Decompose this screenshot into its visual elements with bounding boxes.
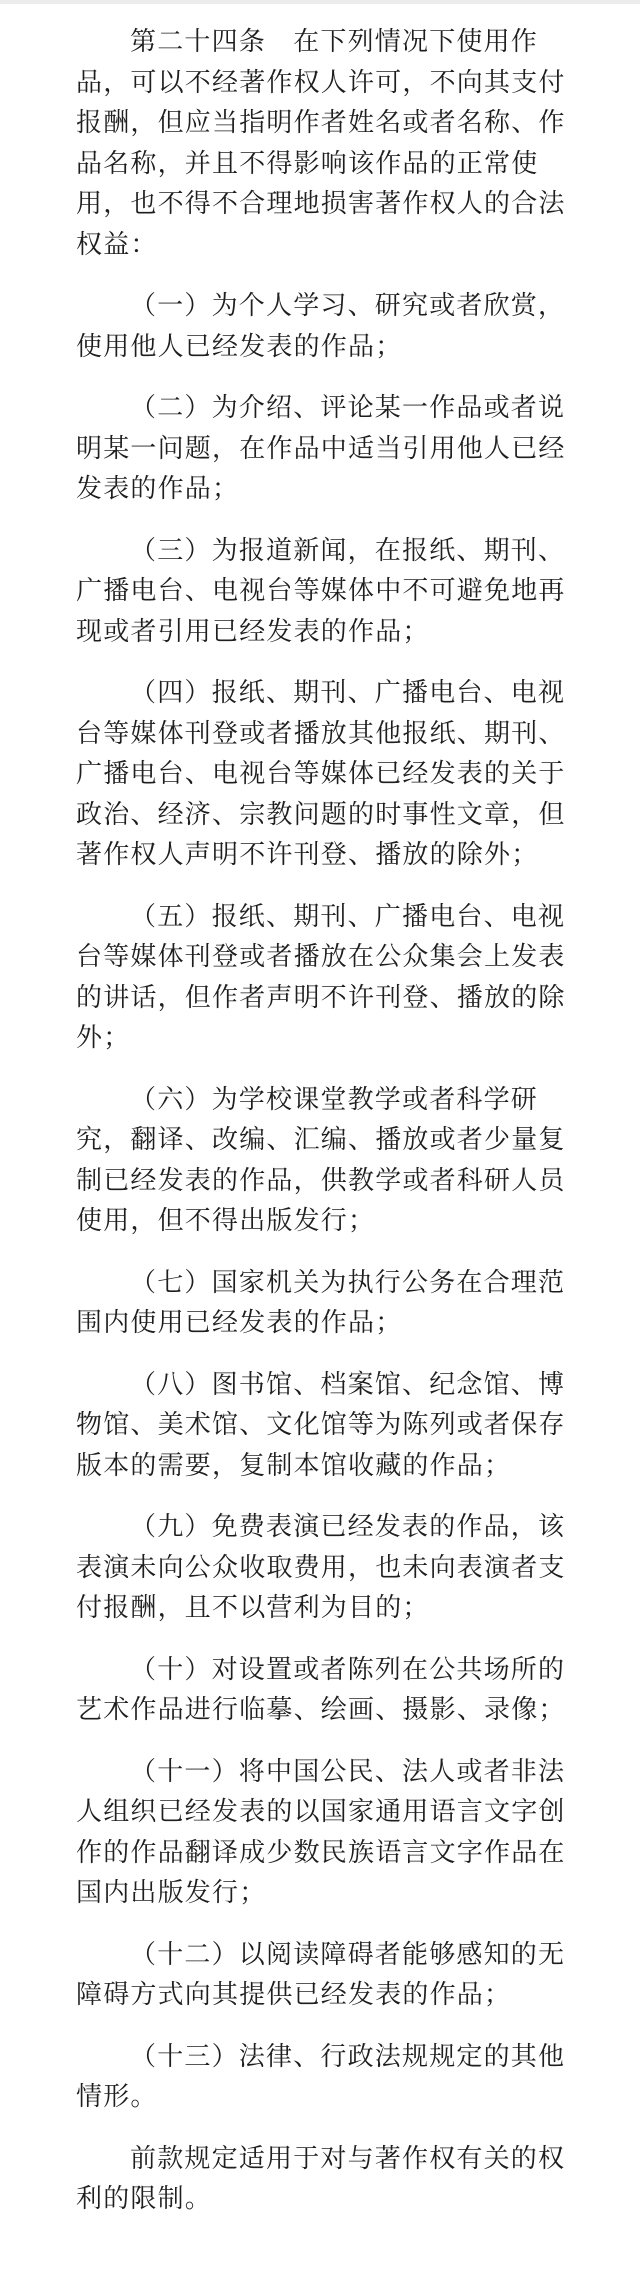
- paragraph-item-8: （八）图书馆、档案馆、纪念馆、博 物馆、美术馆、文化馆等为陈列或者保存 版本的需…: [76, 1365, 568, 1487]
- text-line: （十一）将中国公民、法人或者非法: [76, 1752, 568, 1793]
- text-line: 作的作品翻译成少数民族语言文字作品在: [76, 1833, 568, 1874]
- paragraph-item-1: （一）为个人学习、研究或者欣赏， 使用他人已经发表的作品；: [76, 286, 568, 367]
- paragraph-item-7: （七）国家机关为执行公务在合理范 围内使用已经发表的作品；: [76, 1263, 568, 1344]
- paragraph-item-4: （四）报纸、期刊、广播电台、电视 台等媒体刊登或者播放其他报纸、期刊、 广播电台…: [76, 673, 568, 876]
- text-line: 台等媒体刊登或者播放其他报纸、期刊、: [76, 714, 568, 755]
- paragraph-item-10: （十）对设置或者陈列在公共场所的 艺术作品进行临摹、绘画、摄影、录像；: [76, 1650, 568, 1731]
- text-line: （二）为介绍、评论某一作品或者说: [76, 388, 568, 429]
- text-line: 国内出版发行；: [76, 1873, 568, 1914]
- text-line: 现或者引用已经发表的作品；: [76, 612, 568, 653]
- text-line: （四）报纸、期刊、广播电台、电视: [76, 673, 568, 714]
- text-line: 物馆、美术馆、文化馆等为陈列或者保存: [76, 1405, 568, 1446]
- text-line: （八）图书馆、档案馆、纪念馆、博: [76, 1365, 568, 1406]
- text-line: 台等媒体刊登或者播放在公众集会上发表: [76, 937, 568, 978]
- text-line: 用，也不得不合理地损害著作权人的合法: [76, 184, 568, 225]
- text-line: 付报酬，且不以营利为目的；: [76, 1588, 568, 1629]
- paragraph-item-5: （五）报纸、期刊、广播电台、电视 台等媒体刊登或者播放在公众集会上发表 的讲话，…: [76, 897, 568, 1059]
- text-line: （一）为个人学习、研究或者欣赏，: [76, 286, 568, 327]
- text-line: 广播电台、电视台等媒体中不可避免地再: [76, 571, 568, 612]
- text-line: （十二）以阅读障碍者能够感知的无: [76, 1935, 568, 1976]
- text-line: 围内使用已经发表的作品；: [76, 1303, 568, 1344]
- article-body: 第二十四条 在下列情况下使用作 品，可以不经著作权人许可，不向其支付 报酬，但应…: [76, 22, 568, 2241]
- paragraph-item-12: （十二）以阅读障碍者能够感知的无 障碍方式向其提供已经发表的作品；: [76, 1935, 568, 2016]
- text-line: （九）免费表演已经发表的作品，该: [76, 1507, 568, 1548]
- text-line: 明某一问题，在作品中适当引用他人已经: [76, 429, 568, 470]
- text-line: 品，可以不经著作权人许可，不向其支付: [76, 63, 568, 104]
- text-line: 著作权人声明不许刊登、播放的除外；: [76, 835, 568, 876]
- paragraph-intro: 第二十四条 在下列情况下使用作 品，可以不经著作权人许可，不向其支付 报酬，但应…: [76, 22, 568, 265]
- text-line: 情形。: [76, 2077, 568, 2118]
- paragraph-closing: 前款规定适用于对与著作权有关的权 利的限制。: [76, 2139, 568, 2220]
- text-line: （三）为报道新闻，在报纸、期刊、: [76, 531, 568, 572]
- text-line: （七）国家机关为执行公务在合理范: [76, 1263, 568, 1304]
- text-line: 广播电台、电视台等媒体已经发表的关于: [76, 754, 568, 795]
- text-line: 政治、经济、宗教问题的时事性文章，但: [76, 795, 568, 836]
- text-line: 品名称，并且不得影响该作品的正常使: [76, 144, 568, 185]
- text-line: 发表的作品；: [76, 469, 568, 510]
- text-line: 前款规定适用于对与著作权有关的权: [76, 2139, 568, 2180]
- text-line: 利的限制。: [76, 2179, 568, 2220]
- text-line: 人组织已经发表的以国家通用语言文字创: [76, 1792, 568, 1833]
- text-line: 使用，但不得出版发行；: [76, 1201, 568, 1242]
- top-divider-bar: [0, 0, 640, 4]
- paragraph-item-6: （六）为学校课堂教学或者科学研 究，翻译、改编、汇编、播放或者少量复 制已经发表…: [76, 1080, 568, 1242]
- text-line: 权益：: [76, 225, 568, 266]
- text-line: 使用他人已经发表的作品；: [76, 327, 568, 368]
- paragraph-item-11: （十一）将中国公民、法人或者非法 人组织已经发表的以国家通用语言文字创 作的作品…: [76, 1752, 568, 1914]
- paragraph-item-3: （三）为报道新闻，在报纸、期刊、 广播电台、电视台等媒体中不可避免地再 现或者引…: [76, 531, 568, 653]
- paragraph-item-13: （十三）法律、行政法规规定的其他 情形。: [76, 2037, 568, 2118]
- text-line: 究，翻译、改编、汇编、播放或者少量复: [76, 1120, 568, 1161]
- text-line: （六）为学校课堂教学或者科学研: [76, 1080, 568, 1121]
- text-line: 的讲话，但作者声明不许刊登、播放的除: [76, 978, 568, 1019]
- text-line: 制已经发表的作品，供教学或者科研人员: [76, 1161, 568, 1202]
- text-line: 障碍方式向其提供已经发表的作品；: [76, 1975, 568, 2016]
- text-line: 表演未向公众收取费用，也未向表演者支: [76, 1548, 568, 1589]
- text-line: 版本的需要，复制本馆收藏的作品；: [76, 1446, 568, 1487]
- paragraph-item-9: （九）免费表演已经发表的作品，该 表演未向公众收取费用，也未向表演者支 付报酬，…: [76, 1507, 568, 1629]
- text-line: 报酬，但应当指明作者姓名或者名称、作: [76, 103, 568, 144]
- text-line: 第二十四条 在下列情况下使用作: [76, 22, 568, 63]
- text-line: 艺术作品进行临摹、绘画、摄影、录像；: [76, 1690, 568, 1731]
- text-line: （十）对设置或者陈列在公共场所的: [76, 1650, 568, 1691]
- text-line: （十三）法律、行政法规规定的其他: [76, 2037, 568, 2078]
- paragraph-item-2: （二）为介绍、评论某一作品或者说 明某一问题，在作品中适当引用他人已经 发表的作…: [76, 388, 568, 510]
- text-line: 外；: [76, 1018, 568, 1059]
- text-line: （五）报纸、期刊、广播电台、电视: [76, 897, 568, 938]
